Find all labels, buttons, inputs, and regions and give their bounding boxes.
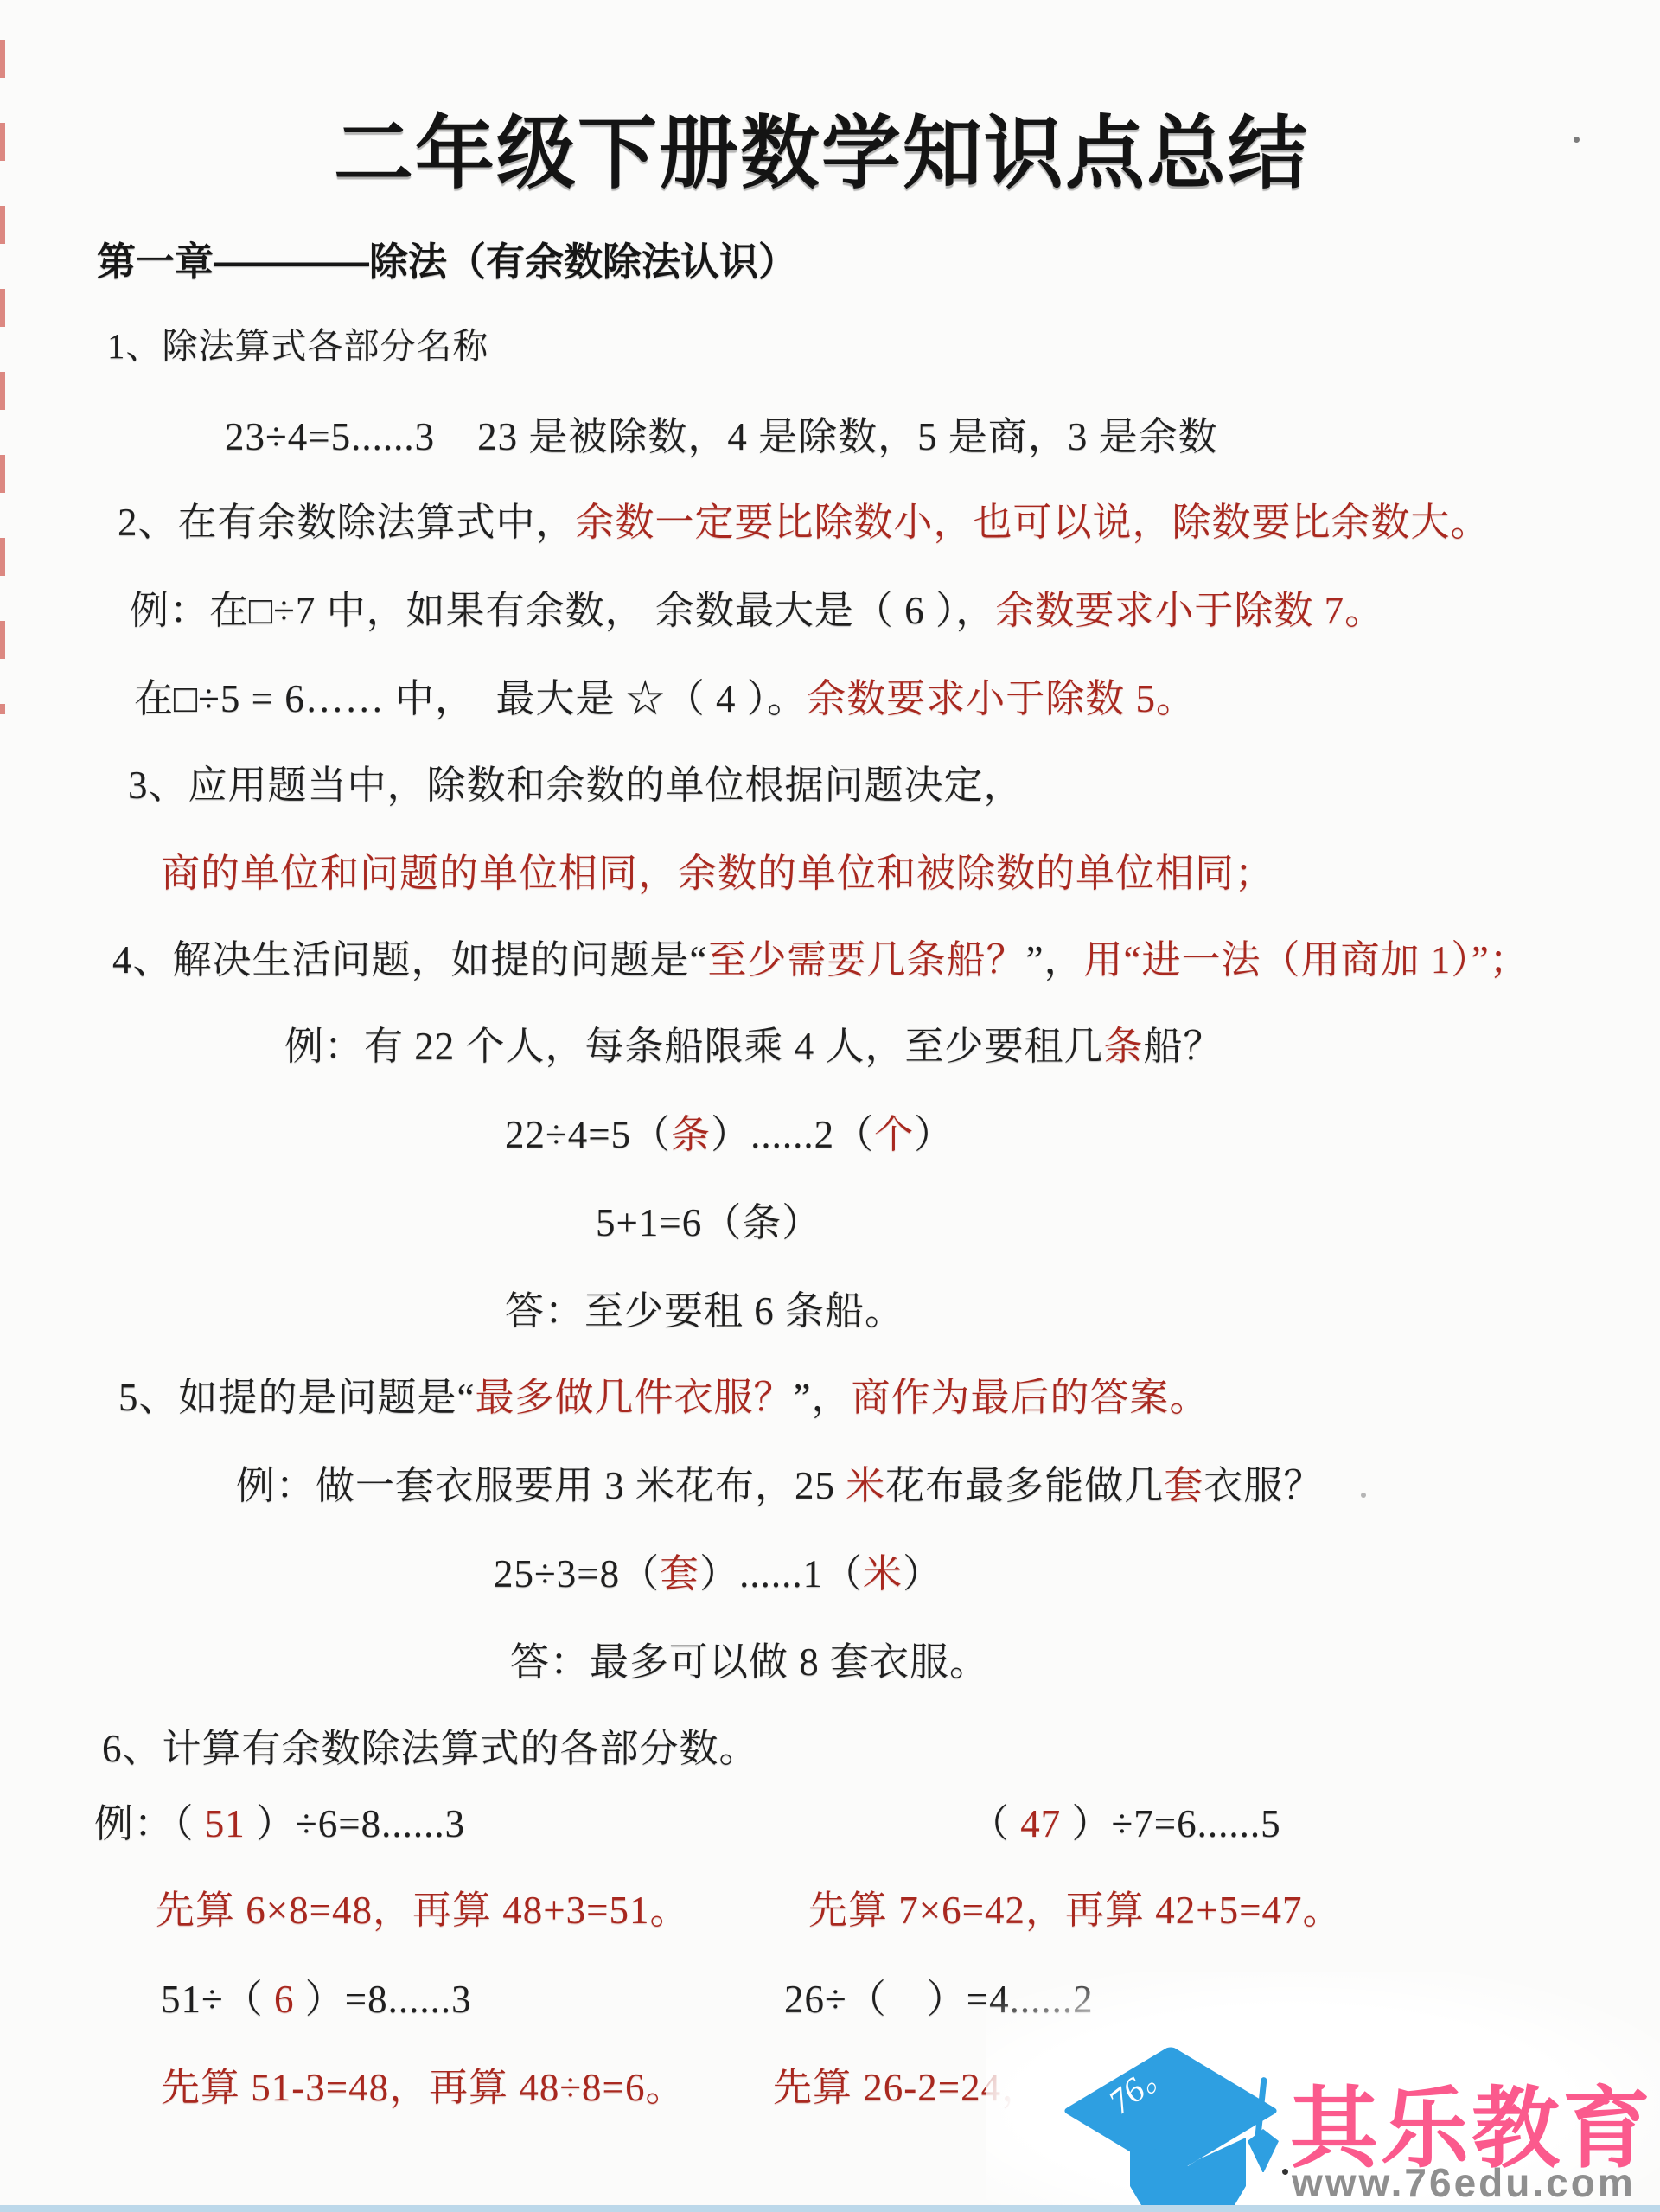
text-segment: 先算 51-3=48，再算 48÷8=6。 — [161, 2066, 685, 2109]
text-segment: 个 — [874, 1113, 914, 1156]
text-segment: ） — [903, 1552, 942, 1595]
text-segment: ）......2（ — [711, 1113, 874, 1156]
text-segment: 23÷4=5......3 23 是被除数，4 是除数，5 是商，3 是余数 — [225, 415, 1218, 458]
scan-speck — [1361, 1493, 1366, 1498]
bottom-edge-strip — [0, 2205, 1660, 2212]
text-line: 23÷4=5......3 23 是被除数，4 是除数，5 是商，3 是余数 — [225, 416, 1218, 459]
text-segment: 衣服？ — [1203, 1464, 1323, 1507]
text-segment: 例：（ — [94, 1802, 205, 1845]
text-segment: 51÷（ — [161, 1978, 274, 2021]
text-segment: 用“进一法（用商加 1）”； — [1083, 938, 1529, 981]
text-segment: 3、应用题当中，除数和余数的单位根据问题决定， — [128, 764, 1024, 807]
text-segment: 条 — [1104, 1025, 1144, 1068]
column-cell: （ 47 ）÷7=6......5 — [970, 1803, 1281, 1846]
graduation-cap-icon: 76。 — [1085, 2032, 1310, 2212]
text-line: 例：在□÷7 中，如果有余数， 余数最大是（ 6 ），余数要求小于除数 7。 — [130, 590, 1384, 633]
document-title: 二年级下册数学知识点总结 — [0, 90, 1643, 204]
text-line: 5+1=6（条） — [596, 1202, 821, 1245]
text-segment: 余数一定要比除数小，也可以说，除数要比余数大。 — [576, 501, 1491, 544]
text-segment: 商作为最后的答案。 — [851, 1376, 1209, 1419]
text-segment: 例：做一套衣服要用 3 米花布，25 — [236, 1464, 846, 1507]
text-line: 例：有 22 个人，每条船限乘 4 人，至少要租几条船？ — [284, 1026, 1223, 1069]
text-segment: 例：在□÷7 中，如果有余数， 余数最大是（ 6 ）， — [130, 589, 995, 632]
column-cell: 51÷（ 6 ）=8......3 — [161, 1979, 472, 2022]
text-segment: ）÷6=8......3 — [246, 1802, 465, 1845]
text-segment: 答：至少要租 6 条船。 — [505, 1289, 904, 1333]
column-cell: 例：（ 51 ）÷6=8......3 — [94, 1803, 465, 1846]
text-segment: 米 — [863, 1552, 903, 1595]
chapter-heading: 第一章————除法（有余数除法认识） — [97, 230, 797, 286]
text-segment: 5+1=6（条） — [596, 1201, 821, 1244]
text-line: 例：做一套衣服要用 3 米花布，25 米花布最多能做几套衣服？ — [236, 1465, 1323, 1508]
text-line: 25÷3=8（套）......1（米） — [494, 1553, 942, 1596]
text-segment: 6、计算有余数除法算式的各部分数。 — [102, 1727, 759, 1770]
text-segment: 51 — [205, 1802, 246, 1845]
text-segment: 先算 7×6=42，再算 42+5=47。 — [808, 1889, 1343, 1932]
text-segment: 22÷4=5（ — [505, 1113, 671, 1156]
text-segment: 25÷3=8（ — [494, 1552, 660, 1595]
text-segment: 最多做几件衣服？ — [475, 1376, 793, 1419]
column-cell: 先算 7×6=42，再算 42+5=47。 — [808, 1889, 1343, 1933]
text-segment: 花布最多能做几 — [885, 1464, 1164, 1507]
scan-speck — [1574, 137, 1580, 143]
text-segment: 5、如提的是问题是“ — [118, 1376, 475, 1419]
text-segment: 至少需要几条船？ — [707, 938, 1025, 981]
text-segment: 米 — [846, 1464, 885, 1507]
scan-edge-artifact — [0, 40, 5, 714]
text-segment: 2、在有余数除法算式中， — [118, 501, 576, 544]
column-cell: 先算 6×8=48，再算 48+3=51。 — [156, 1889, 690, 1933]
text-segment: ”， — [1026, 938, 1084, 981]
text-segment: ）=8......3 — [294, 1978, 471, 2021]
text-line: 答：最多可以做 8 套衣服。 — [510, 1641, 989, 1685]
text-line: 3、应用题当中，除数和余数的单位根据问题决定， — [128, 764, 1024, 808]
text-line: 答：至少要租 6 条船。 — [505, 1290, 904, 1333]
text-segment: 在□÷5 = 6…… 中， 最大是 ☆（ 4 ）。 — [134, 677, 807, 720]
cap-tassel-dot — [1282, 2169, 1288, 2175]
text-line: 22÷4=5（条）......2（个） — [505, 1114, 954, 1157]
text-segment: 4、解决生活问题，如提的问题是“ — [112, 938, 707, 981]
text-line: 5、如提的是问题是“最多做几件衣服？”，商作为最后的答案。 — [118, 1377, 1210, 1420]
text-line: 2、在有余数除法算式中，余数一定要比除数小，也可以说，除数要比余数大。 — [118, 502, 1491, 545]
text-segment: 余数要求小于除数 5。 — [807, 677, 1196, 720]
cap-tassel-nib — [1248, 2129, 1279, 2172]
text-line: 商的单位和问题的单位相同，余数的单位和被除数的单位相同； — [161, 853, 1274, 896]
text-segment: 条 — [671, 1113, 711, 1156]
text-segment: ）÷7=6......5 — [1061, 1802, 1280, 1845]
text-segment: 船？ — [1144, 1025, 1223, 1068]
text-segment: 先算 6×8=48，再算 48+3=51。 — [156, 1889, 690, 1932]
logo-url-text: www.76edu.com — [1292, 2159, 1636, 2206]
text-segment: 套 — [660, 1552, 699, 1595]
text-segment: 例：有 22 个人，每条船限乘 4 人，至少要租几 — [284, 1025, 1104, 1068]
text-segment: ） — [914, 1113, 954, 1156]
qile-education-logo: 76。 其乐教育 www.76edu.com — [1085, 2028, 1660, 2212]
text-segment: 6 — [274, 1978, 295, 2021]
scanned-document-page: 二年级下册数学知识点总结 第一章————除法（有余数除法认识） 1、除法算式各部… — [0, 0, 1660, 2212]
text-segment: 余数要求小于除数 7。 — [995, 589, 1384, 632]
text-segment: ”， — [794, 1376, 852, 1419]
column-cell: 先算 51-3=48，再算 48÷8=6。 — [161, 2067, 685, 2110]
text-segment: 套 — [1164, 1464, 1203, 1507]
text-line: 6、计算有余数除法算式的各部分数。 — [102, 1728, 759, 1771]
text-segment: 47 — [1020, 1802, 1061, 1845]
text-segment: （ — [970, 1802, 1020, 1845]
text-segment: 1、除法算式各部分名称 — [107, 326, 489, 366]
text-line: 在□÷5 = 6…… 中， 最大是 ☆（ 4 ）。余数要求小于除数 5。 — [134, 678, 1196, 721]
text-line: 4、解决生活问题，如提的问题是“至少需要几条船？”，用“进一法（用商加 1）”； — [112, 939, 1529, 982]
text-line: 1、除法算式各部分名称 — [107, 327, 489, 366]
text-segment: ）......1（ — [699, 1552, 863, 1595]
text-segment: 答：最多可以做 8 套衣服。 — [510, 1640, 989, 1684]
text-segment: 商的单位和问题的单位相同，余数的单位和被除数的单位相同； — [161, 852, 1274, 895]
